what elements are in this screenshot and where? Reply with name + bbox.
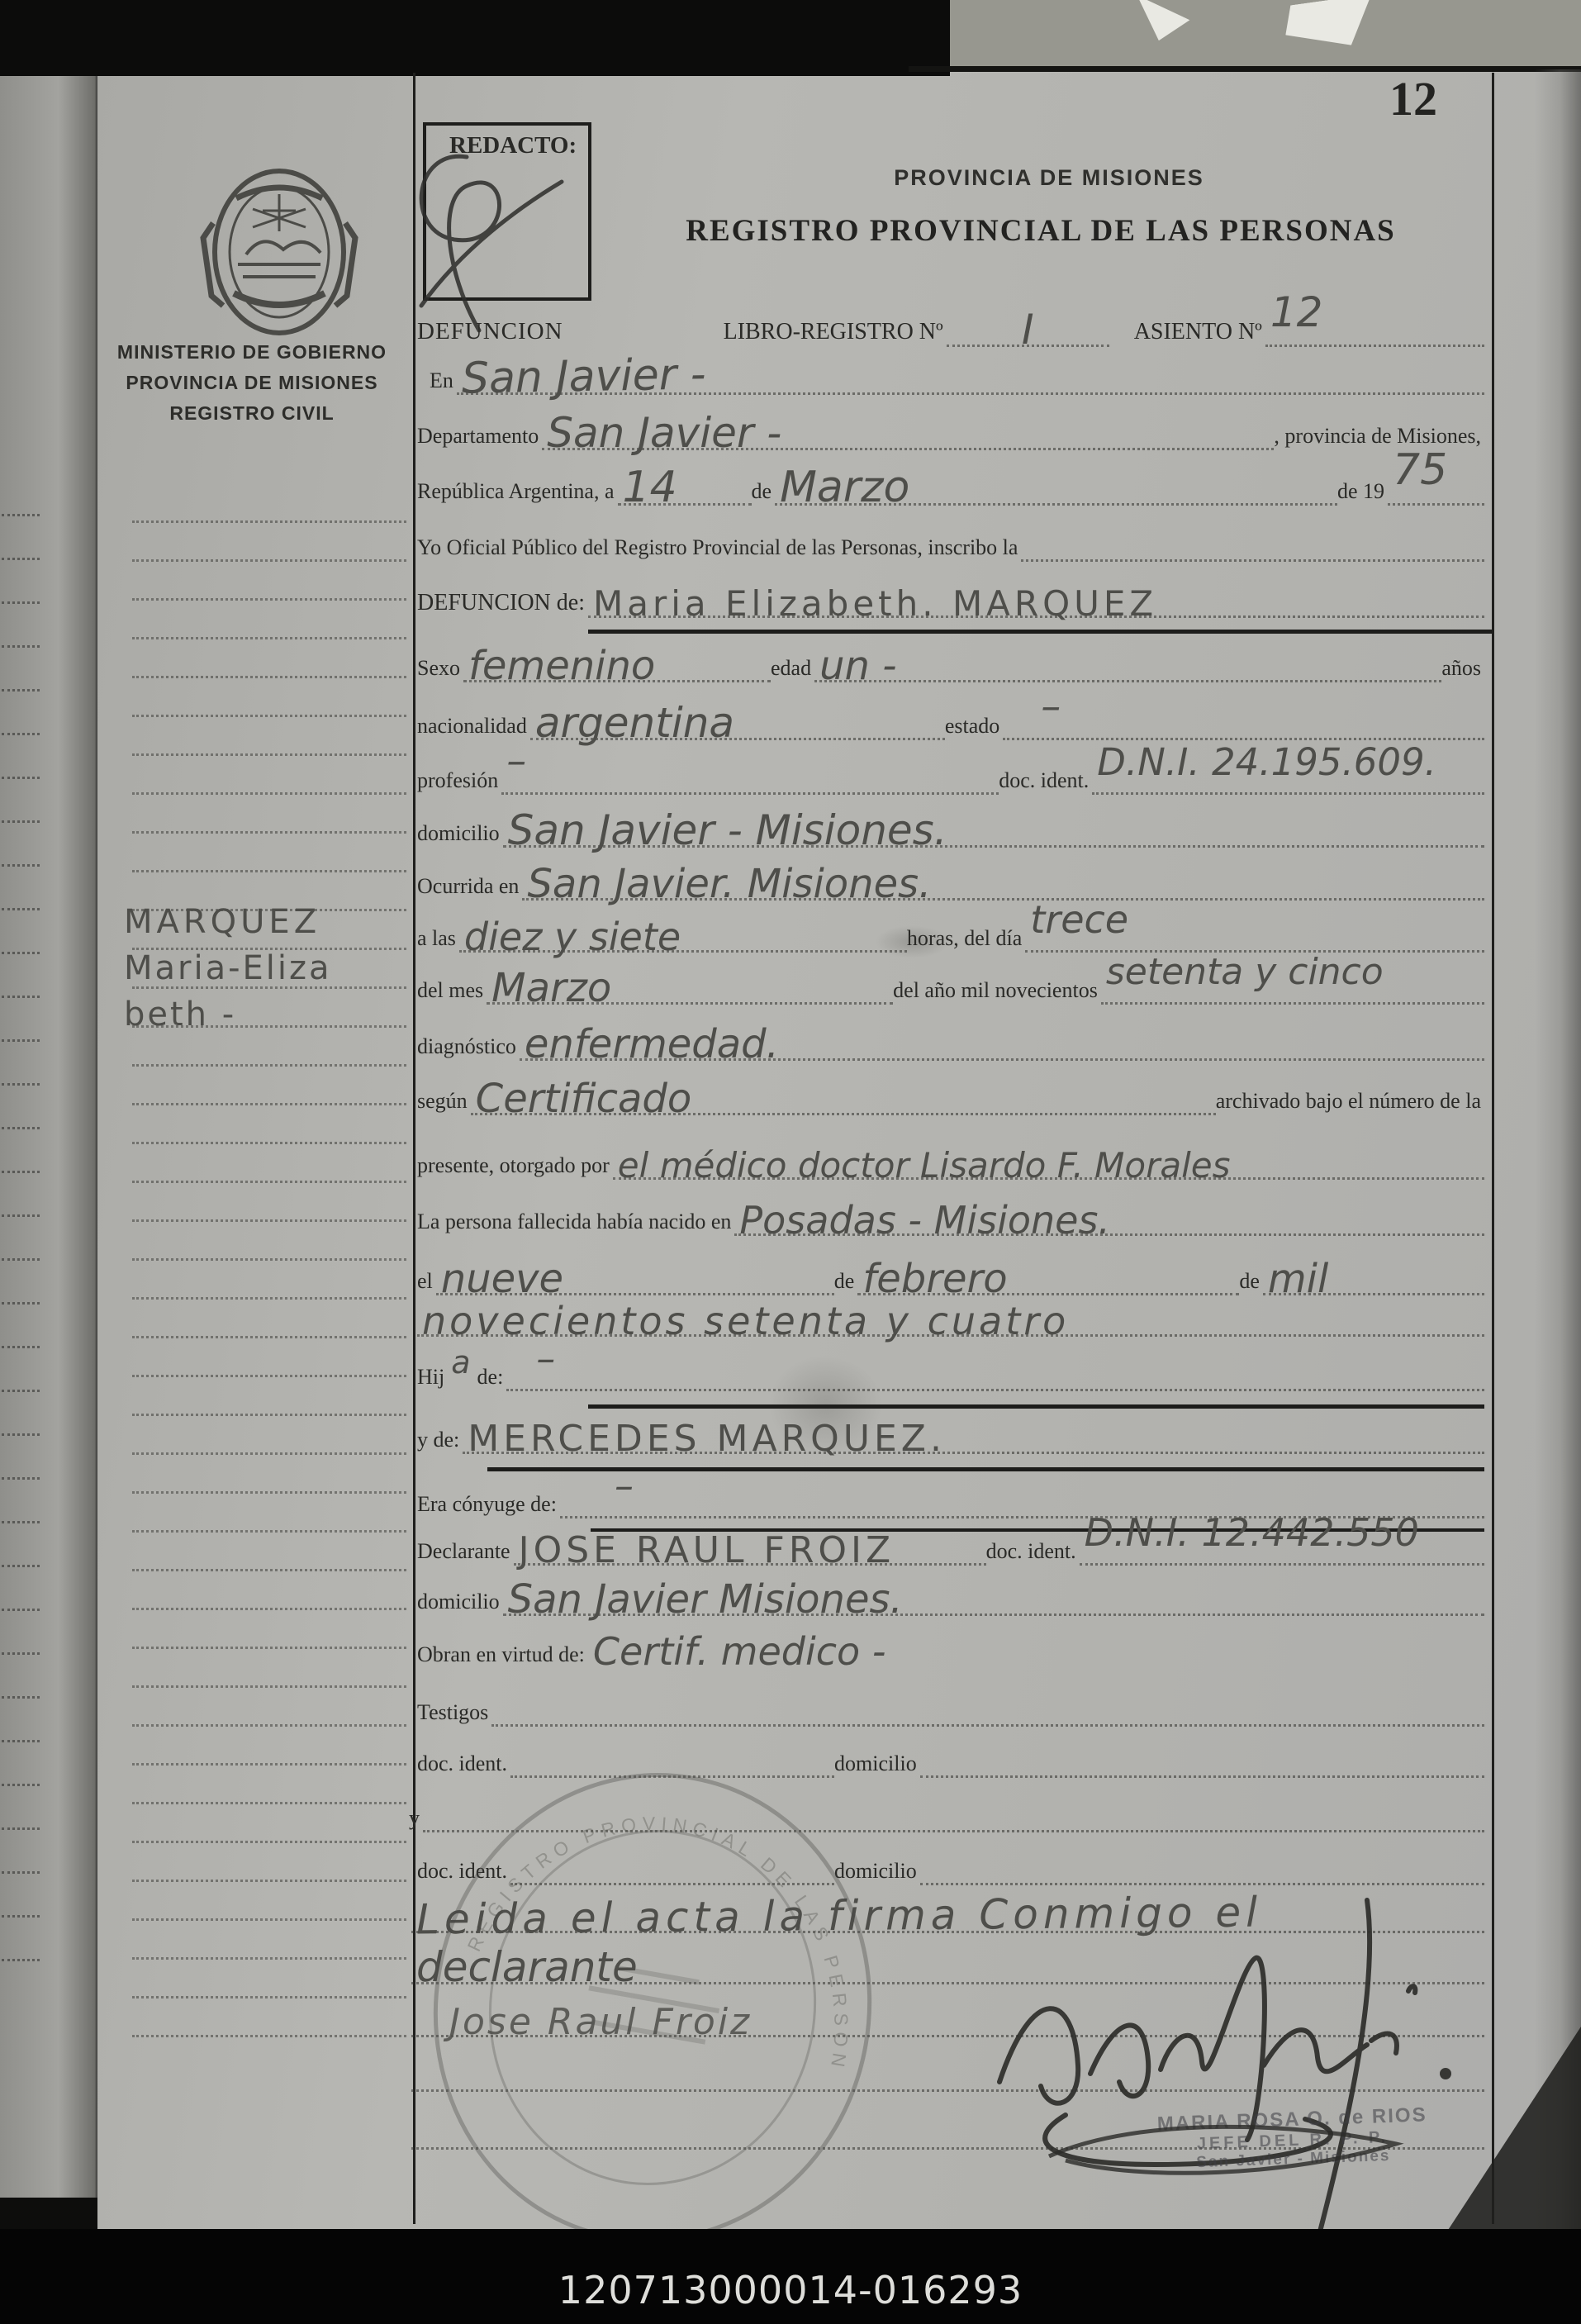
sexo-field: femenino	[463, 644, 771, 682]
edge-dotted-stub	[2, 733, 40, 735]
asiento-label: ASIENTO Nº	[1109, 319, 1265, 347]
departamento-label: Departamento	[417, 424, 542, 450]
row-mes: del mes Marzo del año mil novecientos se…	[417, 957, 1484, 1005]
departamento-field: San Javier -	[542, 411, 1274, 450]
edge-dotted-stub	[2, 1784, 40, 1786]
en-label: En	[430, 368, 457, 395]
row-obran: Obran en virtud de: Certif. medico -	[417, 1621, 1484, 1669]
margin-dotted-line	[132, 1414, 406, 1416]
fecha-anio-field: 75	[1388, 464, 1484, 506]
row-hora: a las diez y siete horas, del día trece	[417, 905, 1484, 953]
diagnostico-field: enfermedad.	[520, 1023, 1484, 1061]
declarante-doc-field: D.N.I. 12.442.550	[1080, 1529, 1484, 1566]
margin-dotted-line	[132, 1336, 406, 1338]
margin-dotted-line	[132, 1491, 406, 1494]
scan-background-top-right	[950, 0, 1581, 69]
declarante-doc-label: doc. ident.	[986, 1539, 1080, 1566]
y-de-label: y de:	[417, 1428, 463, 1454]
margin-dotted-line	[132, 1142, 406, 1144]
row-segun: según Certificado archivado bajo el núme…	[417, 1067, 1484, 1115]
nacido-label: La persona fallecida había nacido en	[417, 1210, 734, 1236]
edge-dotted-stub	[2, 777, 40, 779]
row-registro: DEFUNCION LIBRO-REGISTRO Nº I ASIENTO Nº…	[417, 299, 1484, 347]
row-testigos: Testigos	[417, 1679, 1484, 1727]
presente-label: presente, otorgado por	[417, 1153, 613, 1180]
margin-dotted-line	[132, 1802, 406, 1804]
conyuge-label: Era cónyuge de:	[417, 1492, 560, 1518]
nacionalidad-label: nacionalidad	[417, 714, 530, 740]
sidebar-line-ministerio: MINISTERIO DE GOBIERNO	[99, 337, 405, 368]
estado-label: estado	[945, 714, 1003, 740]
sidebar-line-provincia: PROVINCIA DE MISIONES	[99, 368, 405, 398]
edge-dotted-stub	[2, 1827, 40, 1830]
sexo-label: Sexo	[417, 656, 463, 682]
hija-label-pre: Hij	[417, 1365, 444, 1391]
edad-label: edad	[771, 656, 814, 682]
margin-note-name2: beth -	[124, 1000, 409, 1029]
edge-dotted-stub	[2, 1258, 40, 1261]
ocurrida-field: San Javier. Misiones.	[522, 863, 1484, 901]
testigos-field	[491, 1724, 1484, 1727]
edge-dotted-stub	[2, 1609, 40, 1611]
segun-field: Certificado	[471, 1077, 1216, 1115]
row-fecha-acta: República Argentina, a 14 de Marzo de 19…	[417, 458, 1484, 506]
libro-field: I	[947, 307, 1109, 347]
page-top-edge	[909, 66, 1581, 72]
testigo1-dom-field	[920, 1775, 1484, 1778]
asiento-field: 12	[1265, 307, 1484, 347]
edge-dotted-stub	[2, 1302, 40, 1305]
hora-field: diez y siete	[459, 916, 907, 953]
stamp-strikethrough-stroke	[1041, 2098, 1470, 2198]
libro-label: LIBRO-REGISTRO Nº	[724, 319, 947, 347]
margin-dotted-line	[132, 831, 406, 834]
inscribo-label: Yo Oficial Público del Registro Provinci…	[417, 535, 1021, 562]
sidebar-line-registro: REGISTRO CIVIL	[99, 398, 405, 429]
edge-dotted-stub	[2, 1083, 40, 1086]
declarante-field: JOSE RAUL FROIZ	[514, 1530, 986, 1566]
sidebar-ministry-block: MINISTERIO DE GOBIERNO PROVINCIA DE MISI…	[99, 337, 405, 429]
margin-dotted-line	[132, 1181, 406, 1183]
profesion-label: profesión	[417, 768, 501, 795]
edge-dotted-stub	[2, 1433, 40, 1436]
scanned-death-certificate: REDACTO: PROVINCIA DE MISIONES REGISTRO …	[0, 0, 1581, 2324]
diagnostico-label: diagnóstico	[417, 1034, 520, 1061]
margin-dotted-line	[132, 1763, 406, 1766]
declarante-label: Declarante	[417, 1539, 514, 1566]
domicilio-field: San Javier - Misiones.	[503, 808, 1484, 848]
nacionalidad-field: argentina	[530, 701, 945, 740]
margin-dotted-line	[132, 1452, 406, 1455]
edad-field: un -	[814, 644, 1441, 682]
margin-dotted-line	[132, 1996, 406, 1998]
estado-field: –	[1003, 702, 1484, 740]
domicilio2-label: domicilio	[417, 1590, 503, 1616]
margin-dotted-line	[132, 559, 406, 562]
margin-dotted-line	[132, 715, 406, 717]
row-departamento: Departamento San Javier - , provincia de…	[417, 402, 1484, 450]
row-domicilio-declarante: domicilio San Javier Misiones.	[417, 1568, 1484, 1616]
obran-field: Certif. medico -	[588, 1635, 1484, 1669]
anios-label: años	[1441, 656, 1484, 682]
margin-dotted-line	[132, 676, 406, 678]
del-mes-label: del mes	[417, 978, 487, 1005]
edge-dotted-stub	[2, 601, 40, 604]
doc-ident-label: doc. ident.	[999, 768, 1092, 795]
margin-dotted-line	[132, 1530, 406, 1533]
edge-dotted-stub	[2, 689, 40, 691]
row-defuncion-de: DEFUNCION de: Maria Elizabeth. MARQUEZ	[417, 570, 1484, 618]
nacido-field: Posadas - Misiones.	[734, 1200, 1484, 1236]
presente-field: el médico doctor Lisardo F. Morales	[613, 1146, 1484, 1180]
margin-dotted-line	[132, 870, 406, 872]
edge-dotted-stub	[2, 514, 40, 516]
edge-dotted-stub	[2, 1565, 40, 1567]
edge-dotted-stub	[2, 1127, 40, 1129]
margin-dotted-line	[132, 1103, 406, 1105]
ocurrida-label: Ocurrida en	[417, 874, 522, 901]
margin-dotted-line	[132, 598, 406, 601]
edge-dotted-stub	[2, 1521, 40, 1523]
hija-label-post: de:	[477, 1365, 507, 1391]
scan-background-top	[0, 0, 950, 76]
defuncion-heading: DEFUNCION	[417, 318, 567, 347]
ministry-seal-icon	[188, 149, 370, 364]
adjacent-page-edge	[0, 50, 97, 2198]
margin-dotted-line	[132, 637, 406, 639]
page-right-edge-shadow	[1535, 69, 1581, 2231]
row-ocurrida: Ocurrida en San Javier. Misiones.	[417, 853, 1484, 901]
page-number: 12	[1389, 71, 1437, 126]
fecha-de19: de 19	[1337, 479, 1388, 506]
inscribo-field	[1021, 559, 1484, 562]
nacimiento-cont-field: novecientos setenta y cuatro	[417, 1300, 1484, 1337]
en-field: San Javier -	[457, 354, 1484, 395]
margin-dotted-line	[132, 2035, 406, 2037]
row-sexo: Sexo femenino edad un - años	[417, 634, 1484, 682]
edge-dotted-stub	[2, 1652, 40, 1655]
edge-dotted-stub	[2, 908, 40, 910]
edge-dotted-stub	[2, 1477, 40, 1480]
margin-dotted-line	[132, 1918, 406, 1921]
margin-dotted-line	[132, 1297, 406, 1300]
edge-dotted-stub	[2, 996, 40, 998]
margin-dotted-line	[132, 792, 406, 795]
hija-sup: a	[444, 1348, 477, 1376]
margin-dotted-line	[132, 753, 406, 756]
segun-label: según	[417, 1089, 471, 1115]
edge-dotted-stub	[2, 1871, 40, 1874]
alas-label: a las	[417, 926, 459, 953]
margin-dotted-line	[132, 1647, 406, 1649]
margin-dotted-line	[132, 1569, 406, 1571]
fecha-label: República Argentina, a	[417, 479, 618, 506]
edge-dotted-stub	[2, 645, 40, 648]
defuncion-de-label: DEFUNCION de:	[417, 590, 588, 618]
edge-dotted-stub	[2, 1214, 40, 1217]
defuncion-de-field: Maria Elizabeth. MARQUEZ	[588, 584, 1484, 618]
scan-reference-code: 120713000014-016293	[0, 2268, 1581, 2312]
domicilio-label: domicilio	[417, 821, 503, 848]
fecha-de1: de	[752, 479, 776, 506]
heavy-underline	[588, 630, 1493, 634]
mes-field: Marzo	[487, 967, 893, 1005]
row-presente: presente, otorgado por el médico doctor …	[417, 1132, 1484, 1180]
anio-field: setenta y cinco	[1101, 969, 1484, 1005]
row-profesion: profesión – doc. ident. D.N.I. 24.195.60…	[417, 747, 1484, 795]
edge-dotted-stub	[2, 952, 40, 954]
margin-dotted-line	[132, 520, 406, 523]
row-diagnostico: diagnóstico enfermedad.	[417, 1013, 1484, 1061]
edge-dotted-stub	[2, 1696, 40, 1699]
row-en: En San Javier -	[430, 347, 1484, 395]
margin-dotted-line	[132, 1724, 406, 1727]
row-inscribo: Yo Oficial Público del Registro Provinci…	[417, 514, 1484, 562]
edge-dotted-stub	[2, 820, 40, 823]
edge-dotted-stub	[2, 1959, 40, 1961]
row-domicilio: domicilio San Javier - Misiones.	[417, 800, 1484, 848]
margin-dotted-line	[132, 1219, 406, 1222]
edge-dotted-stub	[2, 1740, 40, 1742]
margin-dotted-line	[132, 1880, 406, 1882]
fecha-dia-field: 14	[618, 464, 752, 506]
row-nacionalidad: nacionalidad argentina estado –	[417, 692, 1484, 740]
margin-dotted-line	[132, 1841, 406, 1843]
dia-field: trece	[1025, 916, 1484, 953]
departamento-suffix: , provincia de Misiones,	[1274, 424, 1484, 450]
round-registry-stamp: REGISTRO PROVINCIAL DE LAS PERSONAS	[388, 1751, 966, 2280]
row-hija-de: Hij a de: –	[417, 1343, 1484, 1391]
horas-del-dia-label: horas, del día	[907, 926, 1025, 953]
anio-mil-novecientos-label: del año mil novecientos	[893, 978, 1101, 1005]
obran-label: Obran en virtud de:	[417, 1642, 588, 1669]
margin-dotted-line	[132, 1957, 406, 1960]
margin-dotted-line	[132, 1375, 406, 1377]
edge-dotted-stub	[2, 864, 40, 867]
edge-dotted-stub	[2, 1915, 40, 1918]
margin-dotted-line	[132, 1685, 406, 1688]
edge-dotted-stub	[2, 558, 40, 560]
edge-dotted-stub	[2, 1171, 40, 1173]
header-provincia: PROVINCIA DE MISIONES	[859, 165, 1239, 191]
domicilio2-field: San Javier Misiones.	[503, 1578, 1484, 1616]
edge-dotted-stub	[2, 1039, 40, 1042]
row-nacido: La persona fallecida había nacido en Pos…	[417, 1188, 1484, 1236]
row-nacimiento-cont: novecientos setenta y cuatro	[417, 1289, 1484, 1337]
archivado-suffix: archivado bajo el número de la	[1216, 1089, 1484, 1115]
margin-dotted-line	[132, 1608, 406, 1610]
margin-note-name1: Maria-Eliza	[124, 953, 409, 983]
edge-dotted-stub	[2, 1346, 40, 1348]
hija-field: –	[506, 1355, 1484, 1391]
edge-dotted-stub	[2, 1390, 40, 1392]
testigos-label: Testigos	[417, 1700, 491, 1727]
row-y-de: y de: MERCEDES MARQUEZ.	[417, 1406, 1484, 1454]
header-titulo: REGISTRO PROVINCIAL DE LAS PERSONAS	[653, 213, 1429, 249]
margin-note-surname: MARQUEZ	[124, 907, 409, 937]
profesion-field: –	[501, 757, 999, 795]
row-declarante: Declarante JOSE RAUL FROIZ doc. ident. D…	[417, 1518, 1484, 1566]
fecha-mes-field: Marzo	[775, 464, 1337, 506]
doc-ident-field: D.N.I. 24.195.609.	[1092, 759, 1484, 796]
margin-dotted-line	[132, 1064, 406, 1067]
y-de-field: MERCEDES MARQUEZ.	[463, 1419, 1484, 1454]
margin-dotted-line	[132, 1258, 406, 1261]
